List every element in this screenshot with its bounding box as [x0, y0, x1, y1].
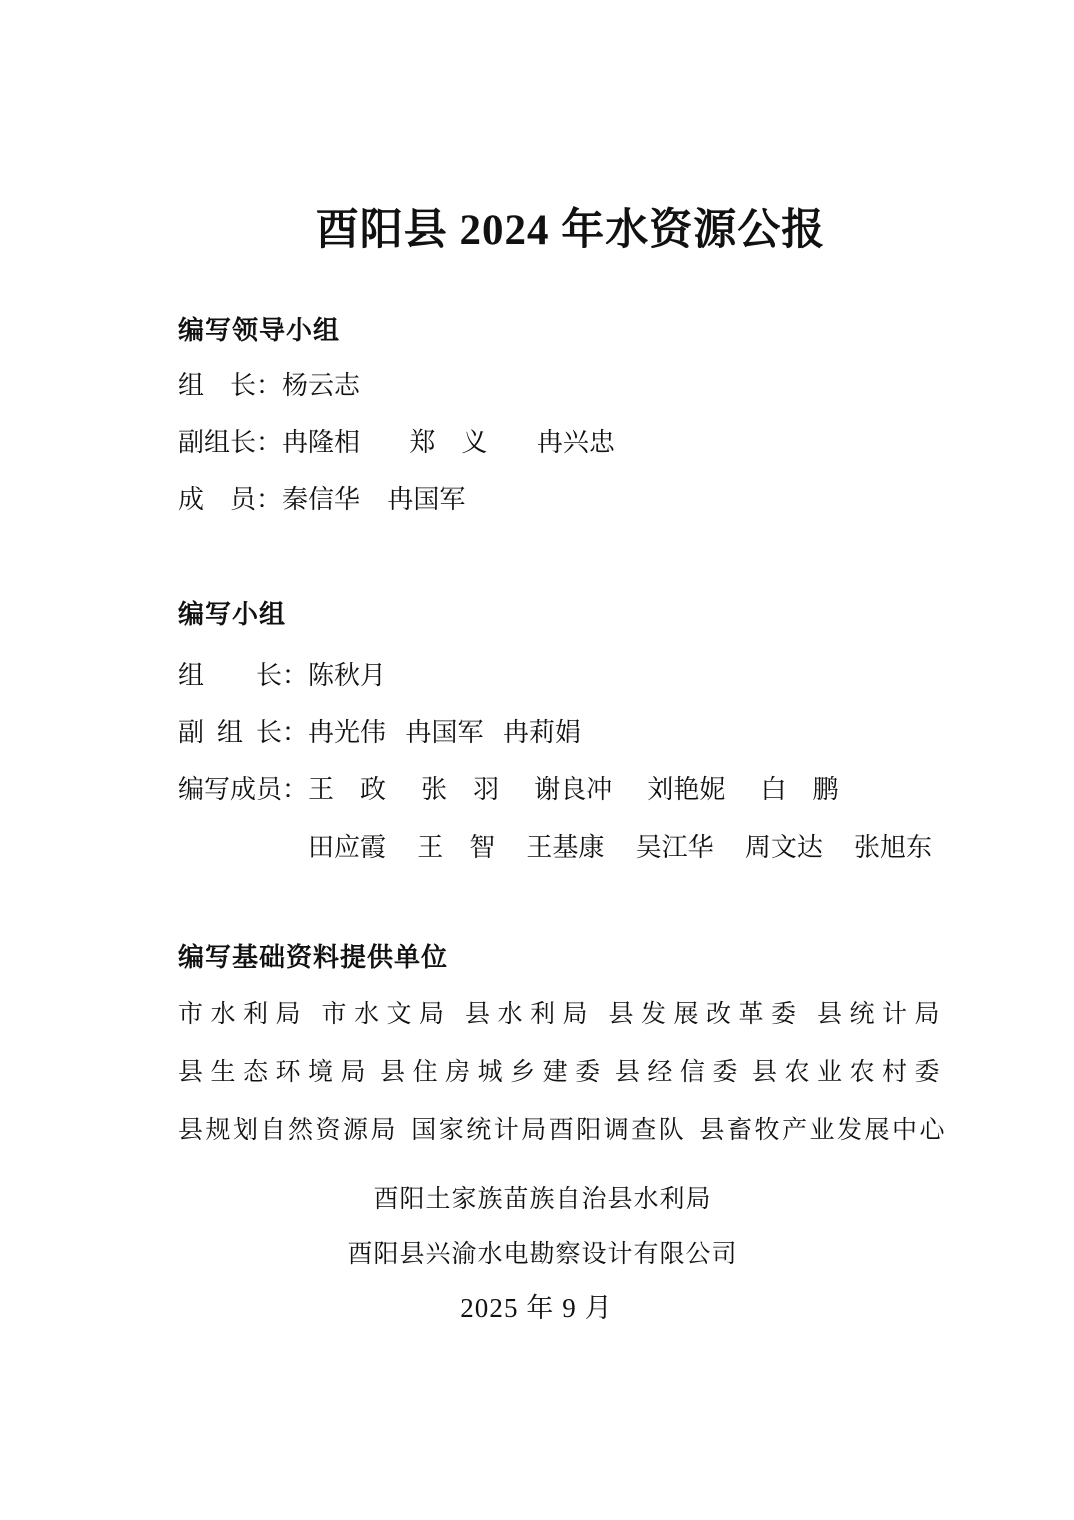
leader-group-row: 副组长：冉隆相郑 义冉兴忠: [178, 428, 947, 458]
leader-group-row: 成员：秦信华冉国军: [178, 485, 947, 515]
section-heading-writing-group: 编写小组: [178, 600, 947, 630]
publisher-line: 酉阳土家族苗族自治县水利局: [178, 1186, 947, 1215]
row-label: 组长: [178, 661, 282, 691]
unit-name: 市水文局: [321, 1001, 451, 1030]
publication-date: 2025 年 9 月: [178, 1293, 947, 1324]
row-label: 副组长: [178, 428, 256, 458]
person-name: 冉兴忠: [537, 428, 615, 458]
person-name: 周文达: [745, 833, 823, 863]
unit-name: 县住房城乡建委: [380, 1059, 608, 1088]
writing-group-row: 副组长：冉光伟冉国军冉莉娟: [178, 718, 947, 748]
person-name: 谢良冲: [534, 775, 612, 805]
person-name: 郑 义: [409, 428, 487, 458]
unit-name: 县农业农村委: [752, 1059, 947, 1088]
person-name: 王 智: [417, 833, 495, 863]
label-colon: ：: [282, 661, 308, 691]
provider-units-line: 县生态环境局县住房城乡建委县经信委县农业农村委: [178, 1059, 947, 1088]
provider-units-line: 市水利局市水文局县水利局县发展改革委县统计局: [178, 1001, 947, 1030]
label-colon-spacer: [282, 833, 308, 863]
unit-name: 国家统计局酉阳调查队: [411, 1117, 686, 1146]
unit-name: 县生态环境局: [178, 1059, 373, 1088]
person-name: 冉国军: [406, 718, 484, 748]
unit-name: 县统计局: [817, 1001, 947, 1030]
person-name: 秦信华: [282, 485, 360, 515]
label-colon: ：: [282, 775, 308, 805]
label-colon: ：: [256, 428, 282, 458]
row-label: 组长: [178, 371, 256, 401]
document-title: 酉阳县 2024 年水资源公报: [178, 206, 947, 255]
person-name: 冉国军: [387, 485, 465, 515]
row-label: 编写成员: [178, 775, 282, 805]
label-colon: ：: [282, 718, 308, 748]
person-name: 王 政: [308, 775, 386, 805]
unit-name: 县水利局: [465, 1001, 595, 1030]
person-name: 冉光伟: [308, 718, 386, 748]
document-page: 酉阳县 2024 年水资源公报 编写领导小组 组长：杨云志 副组长：冉隆相郑 义…: [178, 0, 947, 1520]
person-name: 冉隆相: [282, 428, 360, 458]
person-name: 王基康: [526, 833, 604, 863]
person-name: 田应霞: [308, 833, 386, 863]
writing-group-row: 编写成员：王 政张 羽谢良冲刘艳妮白 鹏: [178, 775, 947, 805]
person-name: 吴江华: [636, 833, 714, 863]
person-name: 杨云志: [282, 371, 360, 401]
writing-group-row-continuation: 田应霞王 智王基康吴江华周文达张旭东: [178, 833, 947, 863]
person-name: 张 羽: [421, 775, 499, 805]
unit-name: 县经信委: [615, 1059, 745, 1088]
unit-name: 县畜牧产业发展中心: [699, 1117, 947, 1146]
leader-group-row: 组长：杨云志: [178, 371, 947, 401]
unit-name: 市水利局: [178, 1001, 308, 1030]
publisher-line: 酉阳县兴渝水电勘察设计有限公司: [178, 1241, 947, 1270]
row-label: 副组长: [178, 718, 282, 748]
unit-name: 县发展改革委: [608, 1001, 803, 1030]
person-name: 冉莉娟: [503, 718, 581, 748]
person-name: 白 鹏: [760, 775, 838, 805]
person-name: 陈秋月: [308, 661, 386, 691]
provider-units-line: 县规划自然资源局国家统计局酉阳调查队县畜牧产业发展中心: [178, 1117, 947, 1146]
label-colon: ：: [256, 485, 282, 515]
label-colon: ：: [256, 371, 282, 401]
unit-name: 县规划自然资源局: [178, 1117, 398, 1146]
person-name: 刘艳妮: [647, 775, 725, 805]
row-label: 成员: [178, 485, 256, 515]
person-name: 张旭东: [854, 833, 932, 863]
section-heading-leader-group: 编写领导小组: [178, 316, 947, 346]
section-heading-data-providers: 编写基础资料提供单位: [178, 943, 947, 973]
writing-group-row: 组长：陈秋月: [178, 661, 947, 691]
